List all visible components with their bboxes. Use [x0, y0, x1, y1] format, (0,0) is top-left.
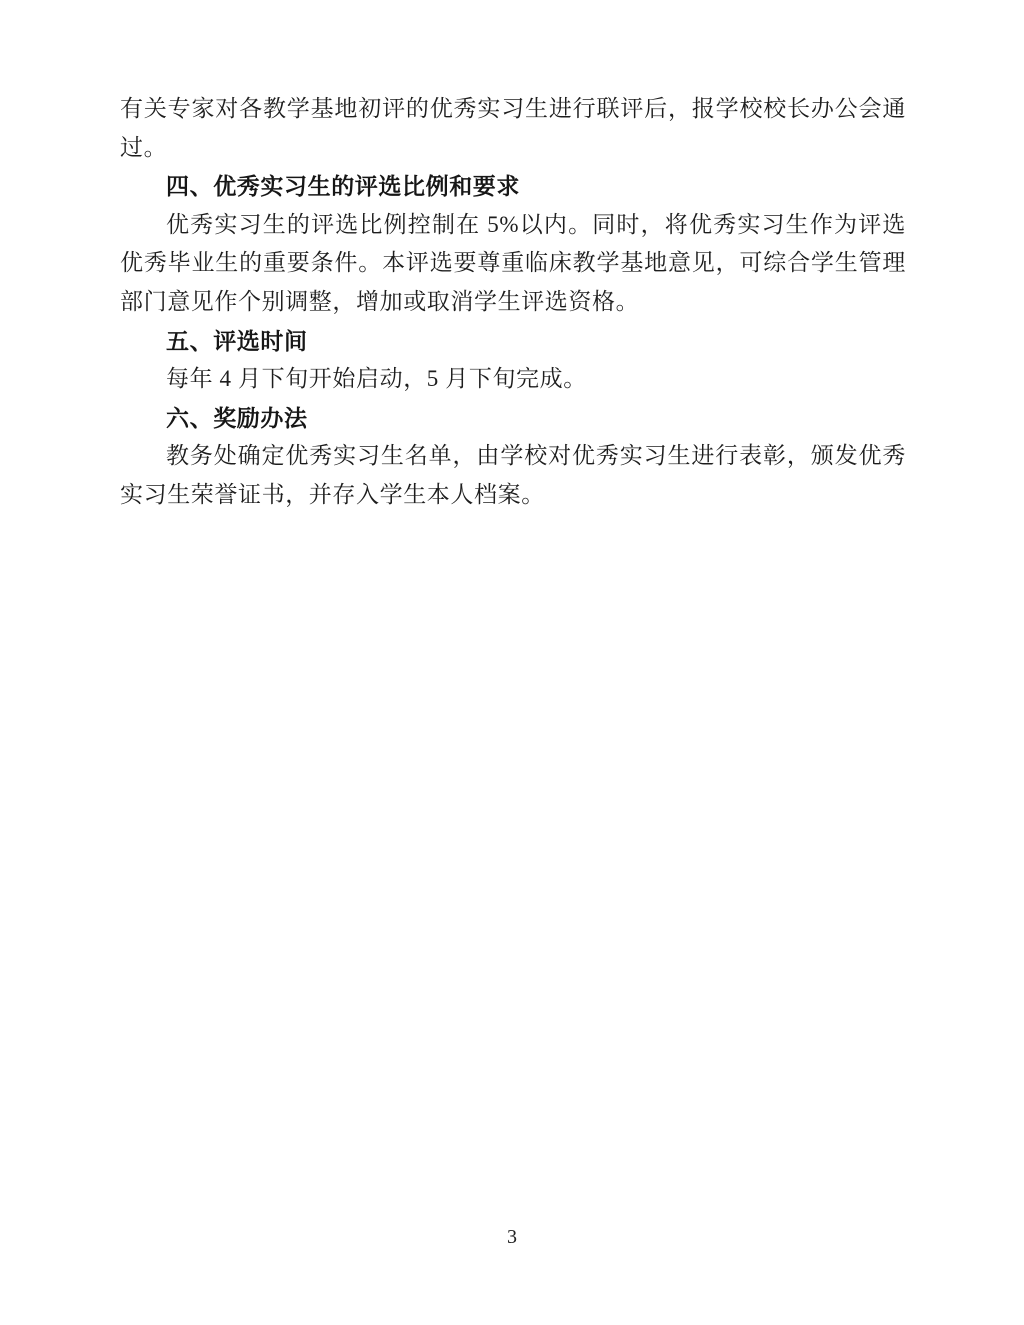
section-heading-4: 四、优秀实习生的评选比例和要求: [120, 167, 906, 206]
continued-paragraph: 有关专家对各教学基地初评的优秀实习生进行联评后，报学校校长办公会通过。: [120, 90, 906, 167]
document-body: 有关专家对各教学基地初评的优秀实习生进行联评后，报学校校长办公会通过。 四、优秀…: [120, 90, 906, 515]
section-heading-5: 五、评选时间: [120, 322, 906, 361]
section-paragraph-5: 每年 4 月下旬开始启动，5 月下旬完成。: [120, 360, 906, 399]
page-number: 3: [0, 1224, 1024, 1250]
section-paragraph-6: 教务处确定优秀实习生名单，由学校对优秀实习生进行表彰，颁发优秀实习生荣誉证书，并…: [120, 437, 906, 514]
section-paragraph-4: 优秀实习生的评选比例控制在 5%以内。同时，将优秀实习生作为评选优秀毕业生的重要…: [120, 206, 906, 322]
section-heading-6: 六、奖励办法: [120, 399, 906, 438]
document-page: { "document": { "continued_paragraph": "…: [0, 0, 1024, 1325]
